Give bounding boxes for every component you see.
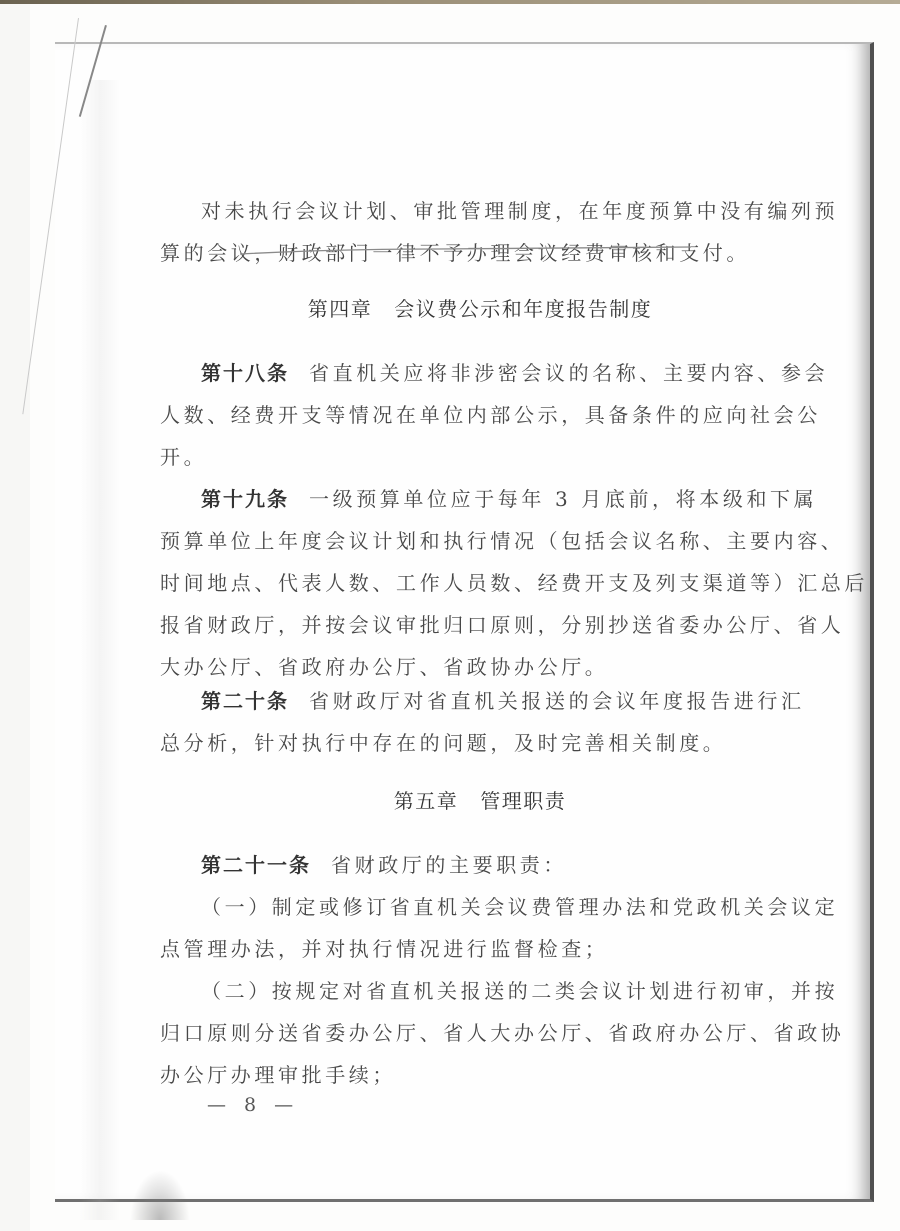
text-line: 预算单位上年度会议计划和执行情况（包括会议名称、主要内容、	[160, 520, 800, 562]
handwritten-underline	[238, 245, 693, 257]
article-20: 第二十条省财政厅对省直机关报送的会议年度报告进行汇 总分析，针对执行中存在的问题…	[160, 680, 800, 764]
article-label: 第十八条	[201, 361, 289, 385]
text-line: 时间地点、代表人数、工作人员数、经费开支及列支渠道等）汇总后	[160, 562, 800, 604]
text-line: 总分析，针对执行中存在的问题，及时完善相关制度。	[160, 722, 800, 764]
chapter-title: 会议费公示和年度报告制度	[394, 297, 652, 321]
page-number: — 8 —	[207, 1094, 299, 1116]
chapter-title: 管理职责	[480, 789, 566, 813]
article-label: 第二十一条	[201, 853, 311, 877]
text-line: 对未执行会议计划、审批管理制度，在年度预算中没有编列预	[160, 190, 800, 232]
article-18: 第十八条省直机关应将非涉密会议的名称、主要内容、参会 人数、经费开支等情况在单位…	[160, 352, 800, 478]
list-item-line: 办公厅办理审批手续；	[160, 1054, 800, 1096]
list-item-line: 点管理办法，并对执行情况进行监督检查；	[160, 928, 800, 970]
article-21: 第二十一条省财政厅的主要职责： （一）制定或修订省直机关会议费管理办法和党政机关…	[160, 844, 800, 1096]
text-line: 省直机关应将非涉密会议的名称、主要内容、参会	[309, 361, 828, 385]
chapter-heading: 第五章管理职责	[160, 785, 800, 814]
list-item-line: 归口原则分送省委办公厅、省人大办公厅、省政府办公厅、省政协	[160, 1012, 800, 1054]
article-label: 第十九条	[201, 487, 289, 511]
article-19: 第十九条一级预算单位应于每年 3 月底前，将本级和下属 预算单位上年度会议计划和…	[160, 478, 800, 688]
text-line: 省财政厅的主要职责：	[331, 853, 567, 877]
intro-paragraph: 对未执行会议计划、审批管理制度，在年度预算中没有编列预 算的会议，财政部门一律不…	[160, 190, 800, 274]
chapter-number: 第五章	[394, 789, 459, 813]
text-line: 省财政厅对省直机关报送的会议年度报告进行汇	[309, 689, 805, 713]
text-line: 人数、经费开支等情况在单位内部公示，具备条件的应向社会公	[160, 394, 800, 436]
text-line: 一级预算单位应于每年 3 月底前，将本级和下属	[309, 487, 817, 511]
article-label: 第二十条	[201, 689, 289, 713]
list-item-line: （一）制定或修订省直机关会议费管理办法和党政机关会议定	[160, 886, 800, 928]
chapter-number: 第四章	[308, 297, 373, 321]
text-line: 开。	[160, 436, 800, 478]
chapter-heading: 第四章会议费公示和年度报告制度	[160, 293, 800, 322]
list-item-line: （二）按规定对省直机关报送的二类会议计划进行初审，并按	[160, 970, 800, 1012]
text-line: 报省财政厅，并按会议审批归口原则，分别抄送省委办公厅、省人	[160, 604, 800, 646]
scan-shadow	[80, 80, 120, 1220]
scan-smudge	[130, 1170, 190, 1220]
